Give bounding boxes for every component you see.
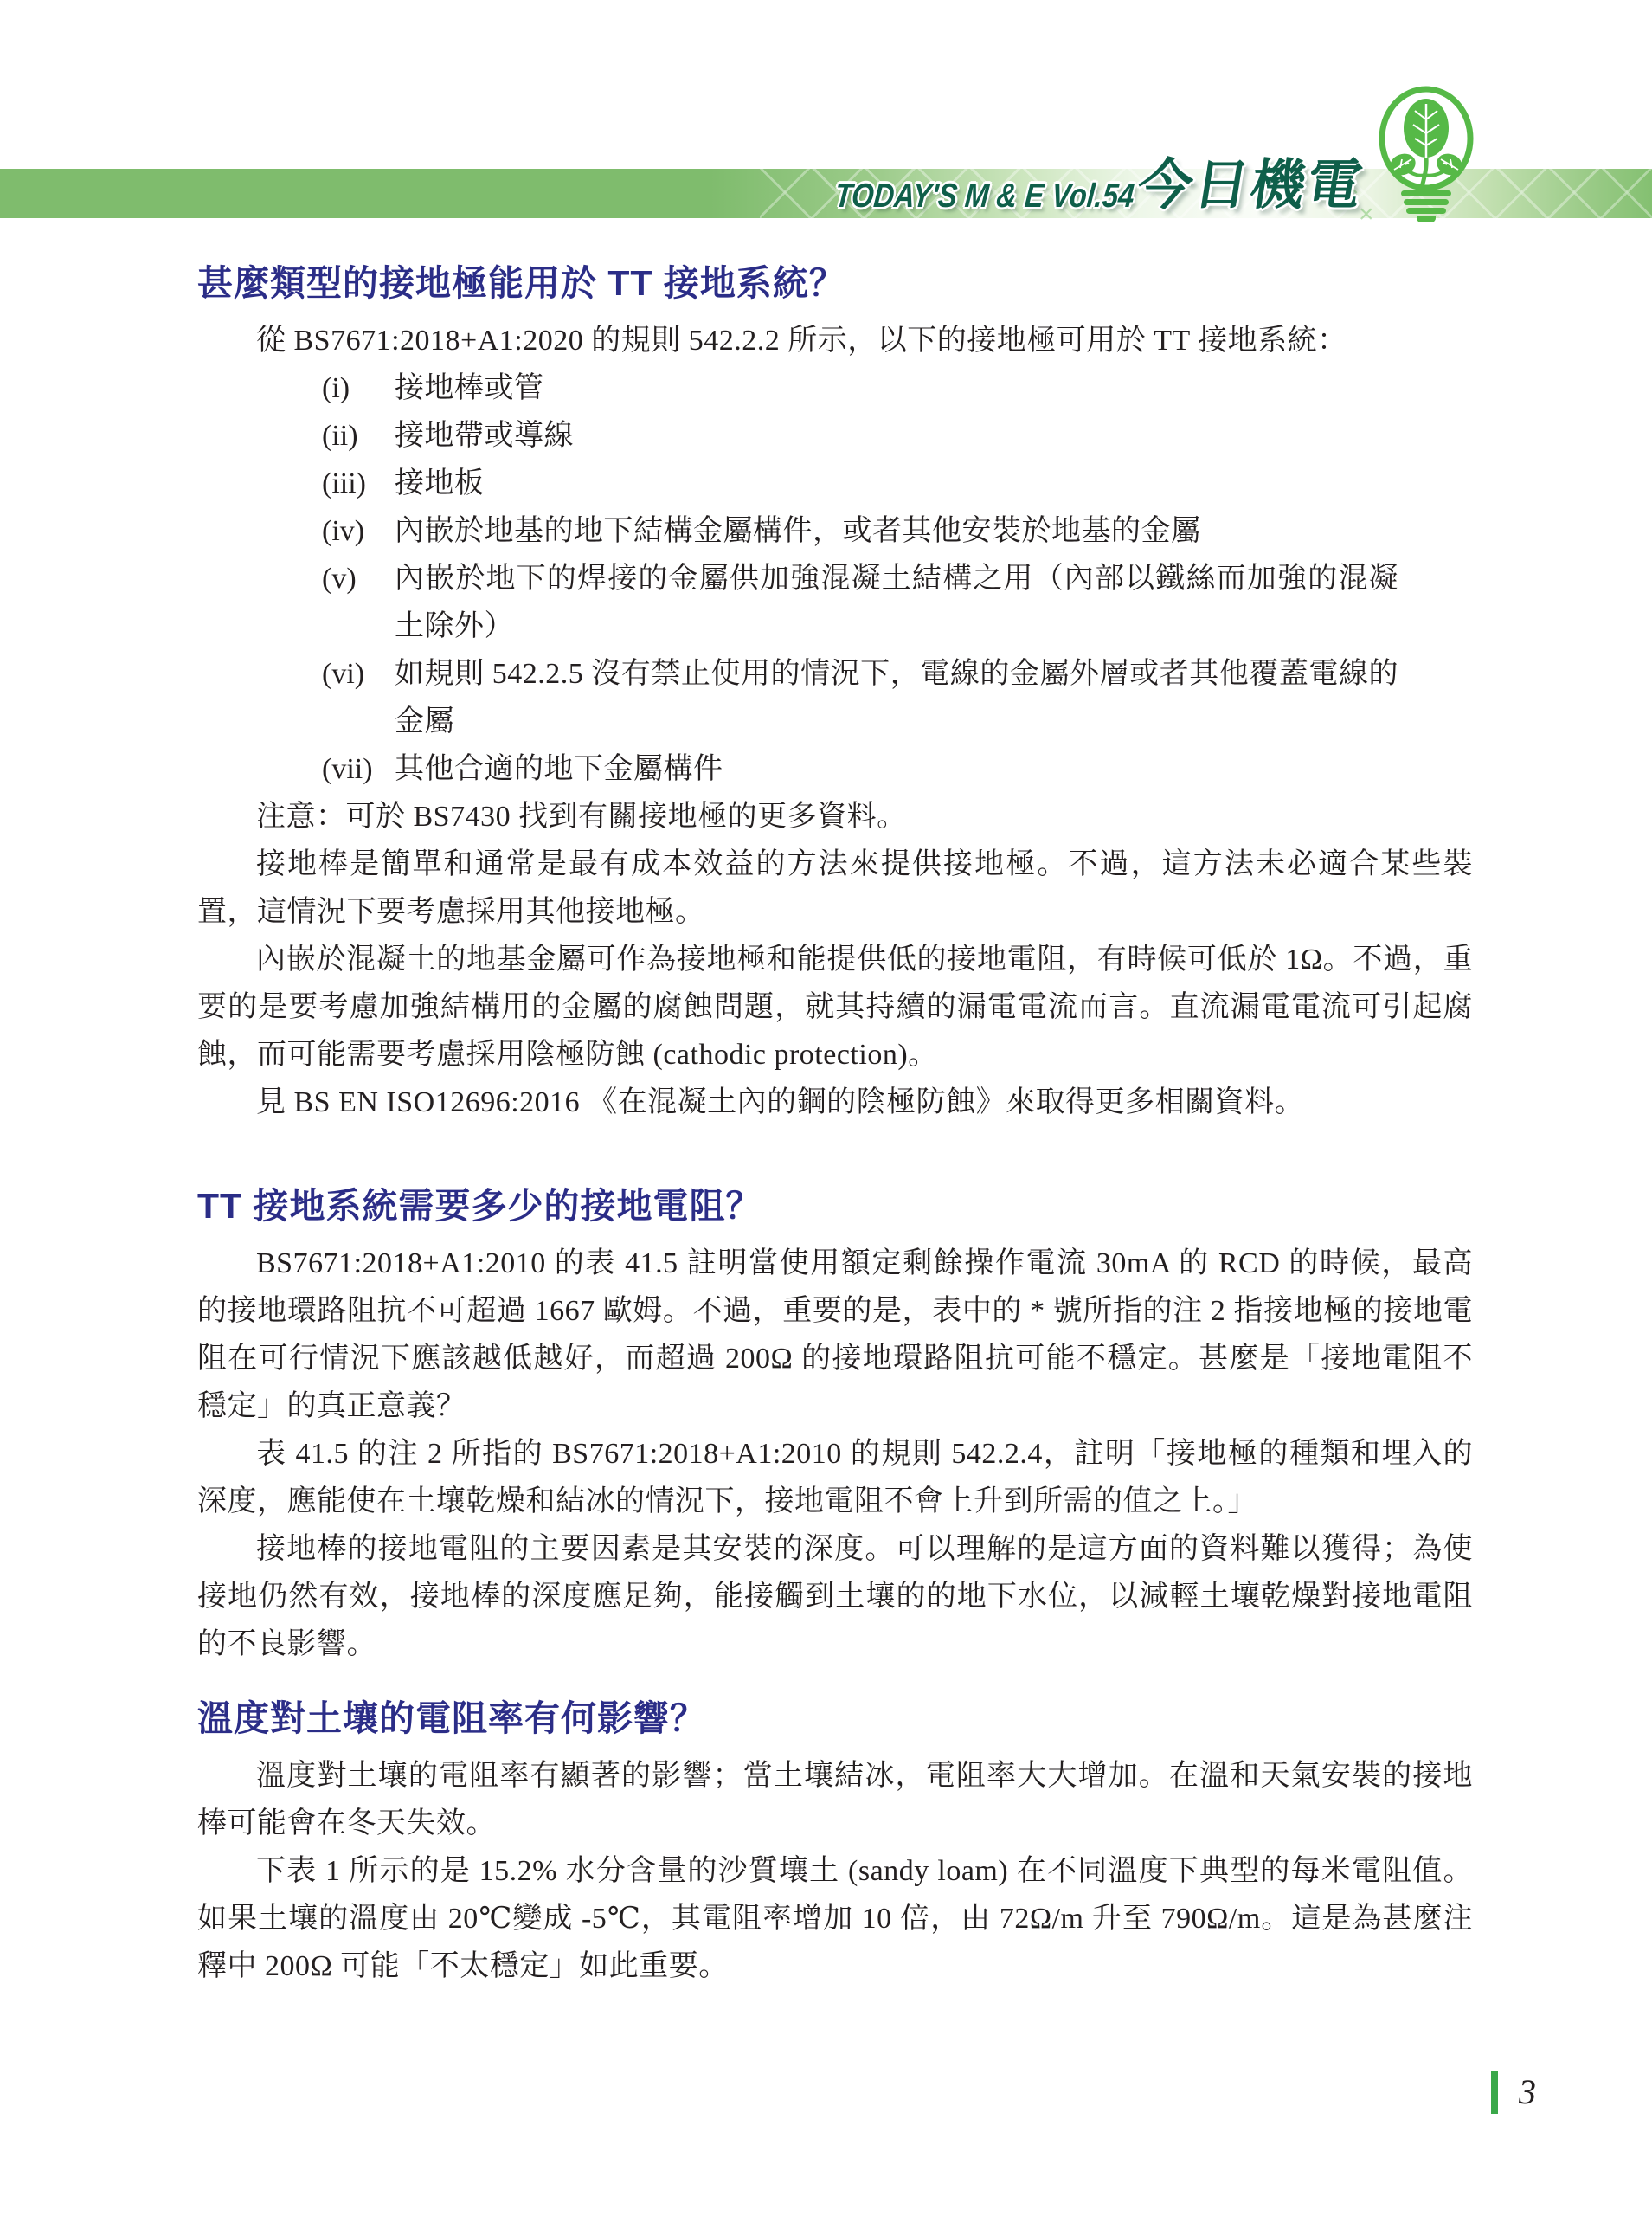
list-item: (vi)如規則 542.2.5 沒有禁止使用的情況下，電線的金屬外層或者其他覆蓋… [322,650,1473,745]
paragraph: 見 BS EN ISO12696:2016 《在混凝土內的鋼的陰極防蝕》來取得更… [197,1079,1473,1126]
list-marker: (ii) [322,412,395,460]
list-text: 接地棒或管 [395,364,1473,412]
magazine-title-en: TODAY'S M & E Vol.54 [833,179,1135,214]
paragraph: 下表 1 所示的是 15.2% 水分含量的沙質壤土 (sandy loam) 在… [197,1847,1473,1990]
section-temperature-effect: 溫度對土壤的電阻率有何影響？ 溫度對土壤的電阻率有顯著的影響；當土壤結冰，電阻率… [197,1697,1473,1990]
list-item: (vii)其他合適的地下金屬構件 [322,745,1473,793]
section-heading: 溫度對土壤的電阻率有何影響？ [197,1697,1473,1740]
roman-numeral-list: (i)接地棒或管 (ii)接地帶或導線 (iii)接地板 (iv)內嵌於地基的地… [322,364,1473,793]
page-number: 3 [1519,2072,1536,2112]
section-heading: 甚麼類型的接地極能用於 TT 接地系統？ [197,261,1473,305]
paragraph: BS7671:2018+A1:2010 的表 41.5 註明當使用額定剩餘操作電… [197,1240,1473,1430]
section-heading: TT 接地系統需要多少的接地電阻？ [197,1184,1473,1227]
list-text: 如規則 542.2.5 沒有禁止使用的情況下，電線的金屬外層或者其他覆蓋電線的金… [395,650,1473,745]
list-marker: (i) [322,364,395,412]
list-text: 內嵌於地基的地下結構金屬構件，或者其他安裝於地基的金屬 [395,507,1473,555]
paragraph: 從 BS7671:2018+A1:2020 的規則 542.2.2 所示，以下的… [197,317,1473,364]
list-marker: (iv) [322,507,395,555]
list-text: 接地帶或導線 [395,412,1473,460]
list-item: (iv)內嵌於地基的地下結構金屬構件，或者其他安裝於地基的金屬 [322,507,1473,555]
paragraph: 接地棒的接地電阻的主要因素是其安裝的深度。可以理解的是這方面的資料難以獲得；為使… [197,1525,1473,1668]
section-earth-electrode-types: 甚麼類型的接地極能用於 TT 接地系統？ 從 BS7671:2018+A1:20… [197,261,1473,1126]
bulb-leaf-logo-icon [1372,85,1481,222]
list-marker: (iii) [322,460,395,507]
section-earth-resistance-required: TT 接地系統需要多少的接地電阻？ BS7671:2018+A1:2010 的表… [197,1184,1473,1668]
list-marker: (vi) [322,650,395,745]
magazine-title-zh: 今日機電 [1134,157,1367,214]
paragraph: 溫度對土壤的電阻率有顯著的影響；當土壤結冰，電阻率大大增加。在溫和天氣安裝的接地… [197,1752,1473,1847]
list-item: (v)內嵌於地下的焊接的金屬供加強混凝土結構之用（內部以鐵絲而加強的混凝土除外） [322,555,1473,650]
list-text: 其他合適的地下金屬構件 [395,745,1473,793]
list-item: (iii)接地板 [322,460,1473,507]
list-item: (i)接地棒或管 [322,364,1473,412]
list-marker: (v) [322,555,395,650]
magazine-page: × × TODAY'S M & E Vol.54 今日機電 甚麼類型的接地極能用… [0,0,1652,2216]
paragraph: 表 41.5 的注 2 所指的 BS7671:2018+A1:2010 的規則 … [197,1430,1473,1525]
paragraph: 注意：可於 BS7430 找到有關接地極的更多資料。 [197,793,1473,841]
paragraph: 內嵌於混凝土的地基金屬可作為接地極和能提供低的接地電阻，有時候可低於 1Ω。不過… [197,936,1473,1079]
list-text: 接地板 [395,460,1473,507]
list-marker: (vii) [322,745,395,793]
list-text: 內嵌於地下的焊接的金屬供加強混凝土結構之用（內部以鐵絲而加強的混凝土除外） [395,555,1473,650]
paragraph: 接地棒是簡單和通常是最有成本效益的方法來提供接地極。不過，這方法未必適合某些裝置… [197,841,1473,936]
list-item: (ii)接地帶或導線 [322,412,1473,460]
page-number-bar [1491,2071,1498,2114]
